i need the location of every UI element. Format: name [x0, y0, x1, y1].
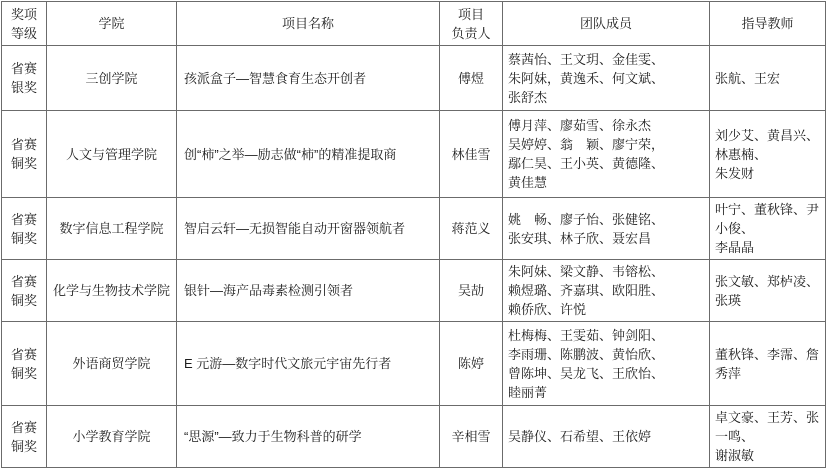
table-row: 省赛 铜奖 人文与管理学院 创“柿”之举—励志做“柿”的精准提取商 林佳雪 傅月… [2, 111, 826, 198]
cell-college: 三创学院 [47, 46, 177, 111]
cell-project-leader: 傅煜 [440, 46, 503, 111]
cell-team-members: 杜梅梅、王雯茹、钟剑阳、 李雨珊、陈鹏波、黄怡欣、 曾陈坤、吴龙飞、王欣怡、 睦… [503, 322, 710, 406]
cell-project-leader: 吴劼 [440, 260, 503, 322]
cell-award-level: 省赛 铜奖 [2, 406, 47, 449]
document-page: 奖项 等级 学院 项目名称 项目 负责人 团队成员 指导教师 省赛 银奖 三创学… [1, 1, 826, 448]
cell-project-name: 银针—海产品毒素检测引领者 [177, 260, 440, 322]
cell-team-members: 吴静仪、石希望、王依婷 [503, 406, 710, 449]
cell-advisors: 叶宁、董秋锋、尹小俊、 李晶晶 [710, 198, 826, 260]
col-header-advisors: 指导教师 [710, 2, 826, 46]
cell-advisors: 张航、王宏 [710, 46, 826, 111]
cell-college: 小学教育学院 [47, 406, 177, 449]
col-header-team-members: 团队成员 [503, 2, 710, 46]
col-header-project-name: 项目名称 [177, 2, 440, 46]
cell-team-members: 姚 畅、廖子怡、张健铭、 张安琪、林子欣、聂宏昌 [503, 198, 710, 260]
cell-project-leader: 陈婷 [440, 322, 503, 406]
cell-project-name: 创“柿”之举—励志做“柿”的精准提取商 [177, 111, 440, 198]
cell-project-name: E 元游—数字时代文旅元宇宙先行者 [177, 322, 440, 406]
award-table: 奖项 等级 学院 项目名称 项目 负责人 团队成员 指导教师 省赛 银奖 三创学… [1, 1, 826, 448]
cell-award-level: 省赛 铜奖 [2, 260, 47, 322]
cell-advisors: 刘少艾、黄昌兴、林惠楠、 朱发财 [710, 111, 826, 198]
table-row: 省赛 铜奖 化学与生物技术学院 银针—海产品毒素检测引领者 吴劼 朱阿妹、梁文静… [2, 260, 826, 322]
cell-project-name: “思源”—致力于生物科普的研学 [177, 406, 440, 449]
cell-college: 数字信息工程学院 [47, 198, 177, 260]
header-row: 奖项 等级 学院 项目名称 项目 负责人 团队成员 指导教师 [2, 2, 826, 46]
cell-advisors: 董秋锋、李霈、詹秀萍 [710, 322, 826, 406]
table-row: 省赛 银奖 三创学院 孩派盒子—智慧食育生态开创者 傅煜 蔡茜怡、王文玥、金佳雯… [2, 46, 826, 111]
col-header-college: 学院 [47, 2, 177, 46]
table-row: 省赛 铜奖 小学教育学院 “思源”—致力于生物科普的研学 辛相雪 吴静仪、石希望… [2, 406, 826, 449]
cell-project-leader: 辛相雪 [440, 406, 503, 449]
cell-award-level: 省赛 铜奖 [2, 322, 47, 406]
cell-project-name: 智启云轩—无损智能自动开窗器领航者 [177, 198, 440, 260]
cell-project-leader: 林佳雪 [440, 111, 503, 198]
table-row: 省赛 铜奖 数字信息工程学院 智启云轩—无损智能自动开窗器领航者 蒋范义 姚 畅… [2, 198, 826, 260]
col-header-project-leader: 项目 负责人 [440, 2, 503, 46]
cell-team-members: 傅月萍、廖茹雪、徐永杰 吴婷婷、翁 颖、廖宁荣， 鄢仁昊、王小英、黄德隆、 黄佳… [503, 111, 710, 198]
cell-college: 外语商贸学院 [47, 322, 177, 406]
table-row: 省赛 铜奖 外语商贸学院 E 元游—数字时代文旅元宇宙先行者 陈婷 杜梅梅、王雯… [2, 322, 826, 406]
cell-college: 人文与管理学院 [47, 111, 177, 198]
cell-team-members: 蔡茜怡、王文玥、金佳雯、 朱阿妹，黄逸禾、何文斌、 张舒杰 [503, 46, 710, 111]
cell-award-level: 省赛 银奖 [2, 46, 47, 111]
cell-project-name: 孩派盒子—智慧食育生态开创者 [177, 46, 440, 111]
cell-advisors: 张文敏、郑栌凌、张瑛 [710, 260, 826, 322]
cell-award-level: 省赛 铜奖 [2, 198, 47, 260]
cell-team-members: 朱阿妹、梁文静、韦镕松、 赖煜璐、齐嘉琪、欧阳胜、 赖侨欣、许悦 [503, 260, 710, 322]
cell-project-leader: 蒋范义 [440, 198, 503, 260]
col-header-award-level: 奖项 等级 [2, 2, 47, 46]
cell-award-level: 省赛 铜奖 [2, 111, 47, 198]
cell-college: 化学与生物技术学院 [47, 260, 177, 322]
cell-advisors: 卓文豪、王芳、张一鸣、 谢淑敏 [710, 406, 826, 449]
